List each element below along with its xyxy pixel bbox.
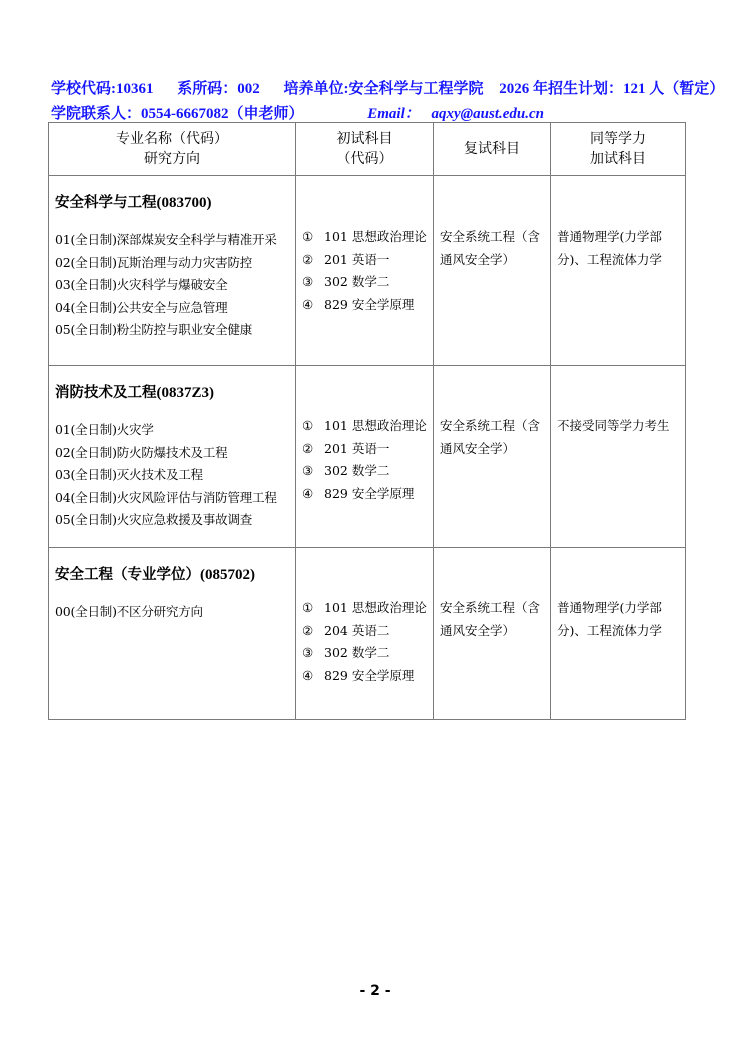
circled-number: ② (302, 438, 324, 461)
exam-cell: ①101 思想政治理论 ②201 英语一 ③302 数学二 ④829 安全学原理 (296, 366, 434, 548)
circled-number: ② (302, 249, 324, 272)
major-cell: 消防技术及工程(0837Z3) 01(全日制)火灾学 02(全日制)防火防爆技术… (49, 366, 296, 548)
column-header-retest: 复试科目 (434, 123, 551, 176)
subject-text: 101 思想政治理论 (324, 418, 427, 433)
retest-cell: 安全系统工程（含通风安全学） (434, 176, 551, 366)
equivalent-text: 普通物理学(力学部分)、工程流体力学 (557, 597, 682, 642)
page-number: - 2 - (0, 983, 750, 999)
retest-text: 安全系统工程（含通风安全学） (440, 597, 547, 642)
exam-subject: ①101 思想政治理论 (302, 597, 433, 620)
dept-code: 系所码：002 (177, 77, 260, 98)
column-header-exam: 初试科目 （代码） (296, 123, 434, 176)
major-name: 安全科学与工程 (55, 195, 157, 211)
table-header-row: 专业名称（代码） 研究方向 初试科目 （代码） 复试科目 同等学力 加试科目 (49, 123, 686, 176)
major-name: 消防技术及工程 (55, 385, 157, 401)
exam-subject: ①101 思想政治理论 (302, 415, 433, 438)
subject-text: 302 数学二 (324, 274, 389, 289)
retest-text: 安全系统工程（含通风安全学） (440, 415, 547, 460)
subject-text: 302 数学二 (324, 645, 389, 660)
major-cell: 安全工程（专业学位）(085702) 00(全日制)不区分研究方向 (49, 548, 296, 720)
retest-cell: 安全系统工程（含通风安全学） (434, 548, 551, 720)
column-header-major: 专业名称（代码） 研究方向 (49, 123, 296, 176)
exam-subject: ③302 数学二 (302, 642, 433, 665)
exam-subject: ③302 数学二 (302, 271, 433, 294)
email-link[interactable]: aqxy@aust.edu.cn (432, 106, 545, 123)
subject-text: 204 英语二 (324, 623, 389, 638)
exam-subject: ④829 安全学原理 (302, 294, 433, 317)
direction-item: 03(全日制)火灾科学与爆破安全 (55, 274, 295, 297)
enrollment-table: 专业名称（代码） 研究方向 初试科目 （代码） 复试科目 同等学力 加试科目 安… (48, 122, 686, 720)
circled-number: ① (302, 597, 324, 620)
exam-subject: ④829 安全学原理 (302, 665, 433, 688)
direction-item: 01(全日制)火灾学 (55, 419, 295, 442)
direction-item: 05(全日制)火灾应急救援及事故调查 (55, 509, 295, 532)
subject-text: 829 安全学原理 (324, 486, 414, 501)
header-text: 复试科目 (434, 139, 550, 159)
table-row-section: 安全工程（专业学位）(085702) 00(全日制)不区分研究方向 ①101 思… (49, 548, 686, 720)
enrollment-plan: 2026 年招生计划：121 人（暂定） (499, 77, 724, 98)
email-label: Email： (367, 102, 420, 123)
equivalent-cell: 不接受同等学力考生 (551, 366, 686, 548)
direction-item: 05(全日制)粉尘防控与职业安全健康 (55, 319, 295, 342)
equivalent-cell: 普通物理学(力学部分)、工程流体力学 (551, 548, 686, 720)
subject-text: 829 安全学原理 (324, 668, 414, 683)
major-code: (085702) (200, 567, 255, 583)
major-title: 安全科学与工程(083700) (55, 191, 295, 212)
exam-cell: ①101 思想政治理论 ②204 英语二 ③302 数学二 ④829 安全学原理 (296, 548, 434, 720)
circled-number: ① (302, 415, 324, 438)
direction-item: 03(全日制)灭火技术及工程 (55, 464, 295, 487)
exam-cell: ①101 思想政治理论 ②201 英语一 ③302 数学二 ④829 安全学原理 (296, 176, 434, 366)
header-text: 加试科目 (551, 149, 685, 169)
equivalent-text: 普通物理学(力学部分)、工程流体力学 (557, 226, 682, 271)
subject-text: 101 思想政治理论 (324, 229, 427, 244)
exam-subject: ②201 英语一 (302, 249, 433, 272)
subject-text: 302 数学二 (324, 463, 389, 478)
subject-text: 201 英语一 (324, 252, 389, 267)
header-text: 同等学力 (551, 129, 685, 149)
training-unit: 培养单位:安全科学与工程学院 (284, 77, 484, 98)
circled-number: ① (302, 226, 324, 249)
exam-subject: ④829 安全学原理 (302, 483, 433, 506)
school-code: 学校代码:10361 (51, 77, 154, 98)
exam-subject: ②201 英语一 (302, 438, 433, 461)
major-cell: 安全科学与工程(083700) 01(全日制)深部煤炭安全科学与精准开采 02(… (49, 176, 296, 366)
table-row-section: 消防技术及工程(0837Z3) 01(全日制)火灾学 02(全日制)防火防爆技术… (49, 366, 686, 548)
equivalent-text: 不接受同等学力考生 (557, 415, 682, 438)
contact: 学院联系人：0554-6667082（申老师） (51, 102, 304, 123)
retest-cell: 安全系统工程（含通风安全学） (434, 366, 551, 548)
major-title: 安全工程（专业学位）(085702) (55, 563, 295, 584)
exam-subject: ①101 思想政治理论 (302, 226, 433, 249)
direction-item: 02(全日制)瓦斯治理与动力灾害防控 (55, 252, 295, 275)
header-line-1: 学校代码:10361 系所码：002 培养单位:安全科学与工程学院 2026 年… (51, 77, 724, 98)
header-text: 初试科目 (296, 129, 433, 149)
header-text: 研究方向 (49, 149, 295, 169)
direction-item: 00(全日制)不区分研究方向 (55, 601, 295, 624)
circled-number: ③ (302, 460, 324, 483)
circled-number: ④ (302, 665, 324, 688)
header-text: （代码） (296, 149, 433, 169)
circled-number: ② (302, 620, 324, 643)
header-text: 专业名称（代码） (49, 129, 295, 149)
major-code: (083700) (157, 195, 212, 211)
subject-text: 829 安全学原理 (324, 297, 414, 312)
retest-text: 安全系统工程（含通风安全学） (440, 226, 547, 271)
direction-item: 04(全日制)公共安全与应急管理 (55, 297, 295, 320)
subject-text: 101 思想政治理论 (324, 600, 427, 615)
equivalent-cell: 普通物理学(力学部分)、工程流体力学 (551, 176, 686, 366)
direction-item: 01(全日制)深部煤炭安全科学与精准开采 (55, 229, 295, 252)
table-row-section: 安全科学与工程(083700) 01(全日制)深部煤炭安全科学与精准开采 02(… (49, 176, 686, 366)
direction-item: 04(全日制)火灾风险评估与消防管理工程 (55, 487, 295, 510)
direction-item: 02(全日制)防火防爆技术及工程 (55, 442, 295, 465)
circled-number: ④ (302, 483, 324, 506)
major-code: (0837Z3) (157, 385, 215, 401)
major-title: 消防技术及工程(0837Z3) (55, 381, 295, 402)
exam-subject: ②204 英语二 (302, 620, 433, 643)
column-header-equivalent: 同等学力 加试科目 (551, 123, 686, 176)
circled-number: ③ (302, 271, 324, 294)
header-line-2: 学院联系人：0554-6667082（申老师） Email： aqxy@aust… (51, 102, 544, 123)
circled-number: ④ (302, 294, 324, 317)
subject-text: 201 英语一 (324, 441, 389, 456)
circled-number: ③ (302, 642, 324, 665)
exam-subject: ③302 数学二 (302, 460, 433, 483)
major-name: 安全工程（专业学位） (55, 567, 200, 583)
